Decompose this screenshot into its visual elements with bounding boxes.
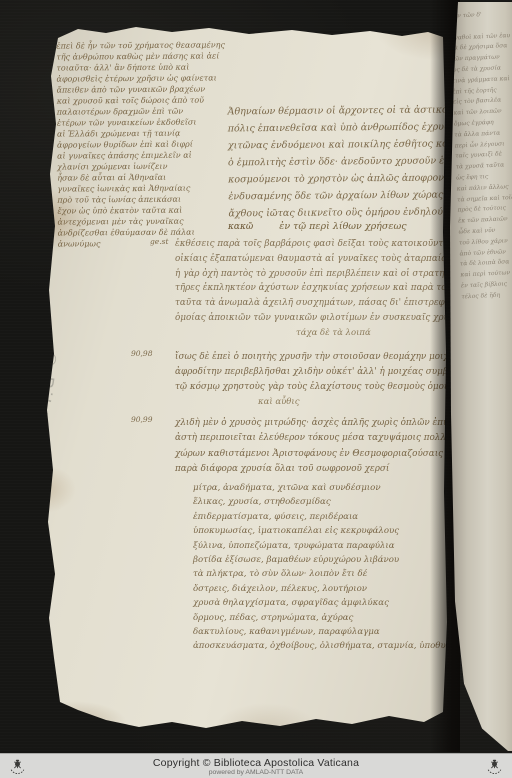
heading-row: κακῶἐν τῷ περὶ λίθων χρήσεως <box>228 221 407 232</box>
copyright-text: Copyright © Biblioteca Apostolica Vatica… <box>0 757 512 769</box>
section-heading: ἐν τῷ περὶ λίθων χρήσεως <box>279 221 406 232</box>
handwriting-line: ἐν ταῖς βίβλοις <box>461 278 512 292</box>
handwriting-line <box>463 321 512 335</box>
powered-by-text: powered by AMLAD-NTT DATA <box>0 769 512 776</box>
marginal-note-2: 90,98 <box>131 349 152 358</box>
vatican-library-emblem-icon <box>485 757 504 776</box>
handwriting-line: καὶ χρυσοῦ καὶ τοῖς δώροις ἀπὸ τοῦ <box>57 94 226 106</box>
marginal-note-3: 90,99 <box>131 415 152 424</box>
marginal-note-1: ge.st <box>150 237 169 246</box>
copyright-bar: Copyright © Biblioteca Apostolica Vatica… <box>0 753 512 778</box>
handwriting-line: τῆς ἀνθρώπου καθὼς μὲν πάσης καὶ ἀεί <box>56 50 225 62</box>
center-note-2: καὶ αὖθις <box>258 397 299 407</box>
facing-page-text: πᾶν τῶν δ' ἀγαθοὶ καὶ τῶν ἑαυτὰ δὲ χρήσι… <box>449 9 512 336</box>
handwriting-word: κακῶ <box>228 222 253 232</box>
center-note-1: τάχα δὲ τὰ λοιπά <box>296 328 371 338</box>
left-column-text: ἐπεὶ δὲ ἦν τῶν τοῦ χρήματος θεασαμένηςτῆ… <box>56 39 226 249</box>
manuscript-page[interactable]: ἐπεὶ δὲ ἦν τῶν τοῦ χρήματος θεασαμένηςτῆ… <box>44 22 448 730</box>
viewer-canvas: ἐπεὶ δὲ ἦν τῶν τοῦ χρήματος θεασαμένηςτῆ… <box>0 0 512 778</box>
